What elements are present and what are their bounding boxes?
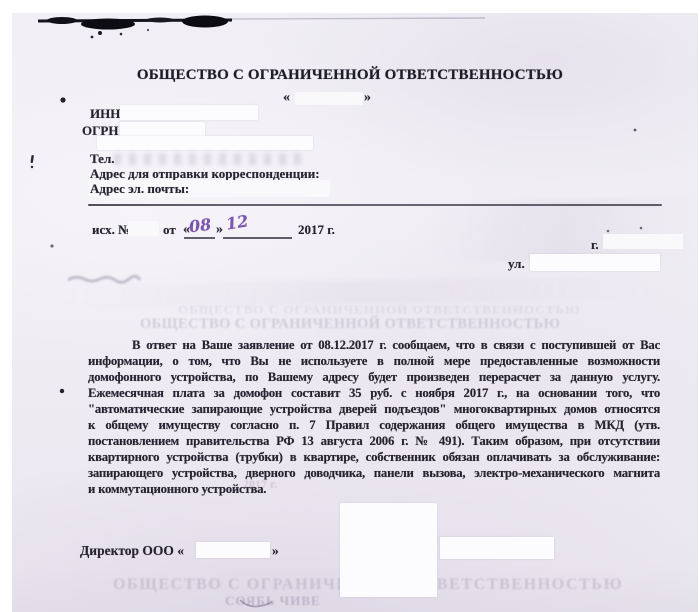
- month-underline: [223, 237, 292, 239]
- signature-label: Директор ООО «: [80, 543, 184, 558]
- page-title: ОБЩЕСТВО С ОГРАНИЧЕННОЙ ОТВЕТСТВЕННОСТЬЮ: [0, 67, 700, 84]
- redaction-outgoing-number: [128, 221, 159, 236]
- company-quote-close: »: [364, 90, 371, 105]
- outgoing-from-label: от: [163, 222, 176, 237]
- outgoing-year-label: 2017 г.: [298, 222, 335, 237]
- body-line: квартирного устройства (трубки) в кварти…: [88, 449, 660, 465]
- body-paragraph: В ответ на Ваше заявление от 08.12.2017 …: [88, 337, 660, 497]
- email-label: Адрес эл. почты:: [90, 181, 189, 196]
- redaction-stamp-area: [340, 503, 437, 597]
- body-line: домофонного устройства, по Вашему адресу…: [88, 369, 660, 385]
- company-quote-open: «: [283, 90, 290, 105]
- body-line: Ежемесячная плата за домофон составит 35…: [88, 385, 660, 401]
- city-label: г.: [591, 237, 599, 252]
- redaction-city-value: [603, 234, 683, 249]
- body-line: "автоматические запирающие устройства дв…: [88, 401, 660, 417]
- outgoing-number-label: исх. №: [92, 222, 131, 237]
- body-line: информации, о том, что Вы не используете…: [88, 353, 660, 369]
- body-line: и коммутационного устройства.: [88, 481, 660, 497]
- handwritten-day: 08: [188, 215, 212, 237]
- handwritten-month: 12: [225, 211, 250, 233]
- body-line: В ответ на Ваше заявление от 08.12.2017 …: [88, 337, 660, 353]
- outgoing-quote-close: »: [216, 222, 223, 237]
- redaction-signature-area: [440, 537, 554, 559]
- redaction-phone-smear: [114, 153, 302, 165]
- redaction-street-value: [530, 254, 660, 271]
- redaction-company-name: [295, 92, 363, 105]
- redaction-address-value: [97, 136, 313, 150]
- redaction-ogrn-value: [120, 122, 205, 137]
- scanned-letter-page: ОБЩЕСТВО С ОГРАНИЧЕННОЙ ОТВЕТСТВЕННОСТЬЮ…: [0, 0, 700, 612]
- phone-label: Тел.: [90, 151, 115, 166]
- redaction-signature-company: [196, 542, 270, 558]
- inn-label: ИНН: [90, 106, 120, 121]
- body-line: к общему имуществу согласно п. 7 Правил …: [88, 417, 660, 433]
- separator-line: [88, 204, 662, 206]
- street-label: ул.: [508, 256, 525, 271]
- correspondence-label: Адрес для отправки корреспонденции:: [90, 166, 320, 181]
- redaction-inn-value: [120, 105, 258, 120]
- body-line: постановлением правительства РФ 13 авгус…: [88, 433, 660, 449]
- signature-close-quote: »: [272, 543, 279, 558]
- day-underline: [184, 237, 215, 239]
- body-line: запирающего устройства, дверного доводчи…: [88, 465, 660, 481]
